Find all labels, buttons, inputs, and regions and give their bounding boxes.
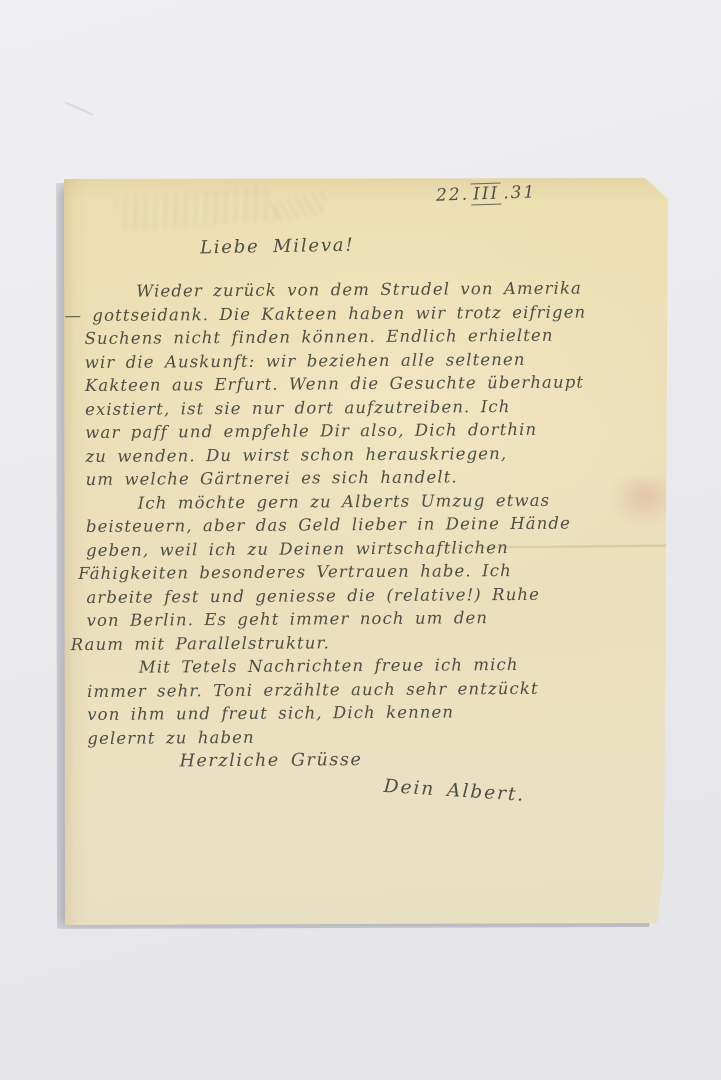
photo-backdrop: 22.III.31 Liebe Mileva! Wieder zurück vo… — [0, 0, 721, 1080]
letter-date-month: III — [471, 182, 502, 205]
letter-line: Wieder zurück von dem Strudel von Amerik… — [136, 276, 656, 303]
letter-body: Wieder zurück von dem Strudel von Amerik… — [84, 276, 660, 800]
closing: Herzliche Grüsse — [179, 747, 659, 774]
letter-date: 22.III.31 — [436, 182, 537, 205]
letter-line: gelernt zu haben — [87, 722, 659, 749]
letter-paper: 22.III.31 Liebe Mileva! Wieder zurück vo… — [64, 178, 669, 926]
signature: Dein Albert. — [383, 774, 660, 815]
erased-text-smudge — [269, 191, 328, 222]
letter-date-year: .31 — [503, 182, 537, 203]
letter-line: Kakteen aus Erfurt. Wenn die Gesuchte üb… — [85, 370, 657, 397]
letter-date-day: 22. — [436, 185, 470, 206]
erased-text-smudge — [115, 186, 277, 231]
salutation: Liebe Mileva! — [200, 235, 355, 259]
backdrop-scratch — [65, 102, 93, 115]
letter-line: — gottseidank. Die Kakteen haben wir tro… — [64, 300, 656, 328]
